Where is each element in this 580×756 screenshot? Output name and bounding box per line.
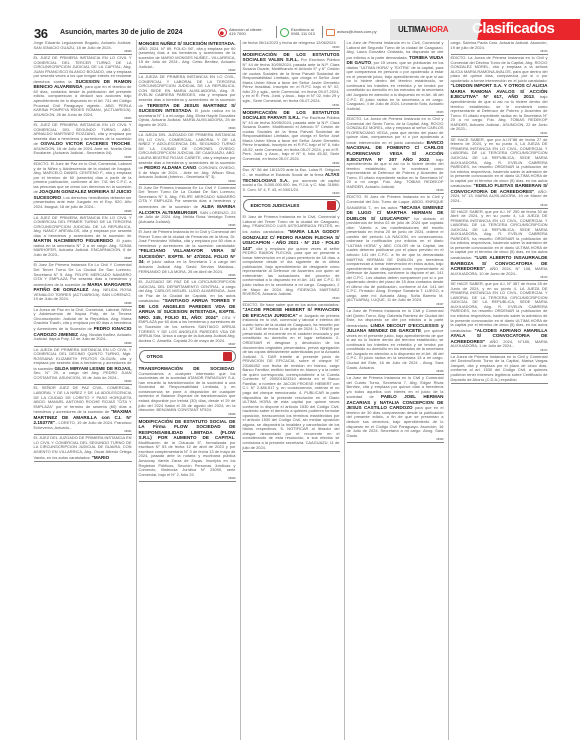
ad-code: #8400 (243, 46, 340, 49)
classified-ad: EDICTO. El Juez de Primera Instancia en … (347, 194, 444, 308)
ad-code: #8410 (451, 50, 548, 53)
contact-email-address: avisos@uhora.com.py (337, 30, 377, 35)
ad-text: SE HACE SABER, que por A.I. N° 387 de fe… (451, 281, 548, 332)
ad-text-tail: , cita y emplaza por quince veces al señ… (243, 246, 340, 296)
ad-code: #8403 (243, 192, 340, 195)
contact-phone[interactable]: Atención al cliente: 415 7000 (218, 26, 263, 38)
classified-ad: Jorge Eduardo Leguizamón Bogado, Actuari… (34, 40, 132, 55)
ad-text-tail: AÑO: 2024. N° 89. FOLIO: 06", cita y emp… (139, 46, 236, 69)
ad-highlight: "MARIO (92, 455, 110, 460)
phone-icon (218, 28, 227, 37)
section-tag-label: EDICTOS JUDICIALES (251, 203, 300, 208)
ad-text: cargo. Sabrina Paola Caro. Actuaria Judi… (451, 40, 548, 50)
classified-ad: SE HACE SABER, que por A.I. N° 387 de fe… (451, 281, 548, 354)
ad-code: #8406 (347, 189, 444, 192)
column-2: MONGES NUÑEZ S/ SUCESIÓN INTESTADA. AÑO:… (136, 40, 237, 740)
column-4: La Juez de Primera Instancia en lo Civil… (344, 40, 445, 740)
ad-text: EL JUEZ DEL JUZGADO DE PRIMERA INSTANCIA… (34, 435, 132, 459)
ad-text: La Jueza de Primera Instancia en lo Civi… (451, 354, 548, 382)
classified-ad: El Juez De Primera Instancia En Lo Civil… (34, 262, 132, 306)
ad-code: #8395 (139, 224, 236, 227)
classified-ad: LA JUEZ DE PRIMERA INSTANCIA EN LO CIVIL… (34, 215, 132, 263)
classified-ad: LA JUEZA DE PRIMERA INSTANCIA EN LO CIVI… (139, 74, 236, 132)
ad-code: #8405 (347, 111, 444, 114)
section-badge-icon (223, 352, 232, 361)
classified-ad: El Juez de Primera Instancia en lo Civil… (139, 229, 236, 279)
ad-text-tail: . Modificación de la Cláusula 5°, formal… (139, 435, 236, 476)
ad-text-tail: , bajo apercibimiento de que si así no l… (451, 94, 548, 131)
ad-text: EDICTO. La Jueza de Primera Instancia en… (451, 55, 548, 83)
contact-email[interactable]: avisos@uhora.com.py (322, 26, 377, 38)
classified-ad: El Juez De Primera Instancia En Lo Civil… (139, 185, 236, 229)
ad-code: #8383 (34, 50, 132, 53)
ad-text-tail: Por Escritura Pública N° 44 de fecha 30/… (243, 57, 340, 103)
ad-code: #8398 (139, 413, 236, 416)
ad-code: #8401 (243, 104, 340, 107)
classified-ad: La Juez de Primera Instancia en lo Civil… (347, 375, 444, 443)
ad-code: #8387 (34, 257, 132, 260)
section-title: Clasificados (472, 20, 554, 37)
ad-text: SE HACE SABER, que por A.I.N°88 de fecha… (451, 137, 548, 188)
ad-code: #8389 (34, 342, 132, 345)
ad-code: #8399 (139, 477, 236, 480)
ad-text: Jorge Eduardo Leguizamón Bogado, Actuari… (34, 40, 132, 50)
column-5: cargo. Sabrina Paola Caro. Actuaria Judi… (448, 40, 549, 740)
classified-ad: La Juez de Primera Instancia en lo Civil… (347, 40, 444, 116)
classified-ad: EDICTO. El Juez de Paz en lo Civil, Come… (34, 161, 132, 214)
classifieds-columns: Jorge Eduardo Leguizamón Bogado, Actuari… (32, 40, 551, 740)
ad-text: EDICTO. Se hace saber que en los autos c… (243, 302, 340, 307)
contact-whatsapp-number: 0981 111 013 (291, 32, 315, 37)
classified-ad: de fecha 06/11/2023 y fecha de reingreso… (243, 40, 340, 51)
classified-ad: EL JUEZ DE PRIMERA INSTANCIA EN LO CIVIL… (34, 55, 132, 122)
page-header: 36 Asunción, martes 30 de julio de 2024 … (0, 0, 580, 40)
classified-ad: MONGES NUÑEZ S/ SUCESIÓN INTESTADA. AÑO:… (139, 40, 236, 74)
contact-phone-number: 415 7000 (229, 32, 263, 37)
classified-ad: EL JUEZ DE PRIMERA INSTANCIA EN LO CIVIL… (34, 122, 132, 161)
ad-text-tail: . Comunicamos a cualquier interesado que… (139, 366, 236, 412)
classified-ad: La Jueza de Paz en la Civil, Comercial, … (34, 307, 132, 347)
classified-ad: cargo. Sabrina Paola Caro. Actuaria Judi… (451, 40, 548, 55)
ad-code: #8384 (34, 117, 132, 120)
ad-code: #8402 (243, 162, 340, 165)
page-number: 36 (34, 26, 47, 41)
classified-ad: EDICTO. La Jueza de Primera Instancia en… (347, 116, 444, 194)
ad-text-tail: . Por Escritura Pública N° 43 de fecha 3… (243, 115, 340, 161)
classified-ad: SE HACE SABER, que por A.I.N°88 de fecha… (451, 137, 548, 209)
classified-ad: MODIFICACIÓN DE LOS ESTATUTOS SOCIALES V… (243, 51, 340, 109)
section-tag: OTROS (139, 350, 236, 363)
classified-ad: Esc. N° 56 del 18/12/23 ante la Esc. Lui… (243, 167, 340, 198)
ad-text: El Juez de Primera Instancia en lo Civil… (139, 229, 236, 248)
section-tag: EDICTOS JUDICIALES (243, 199, 340, 212)
classified-ad: EL JUEZ DEL JUZGADO DE PRIMERA INSTANCIA… (34, 435, 132, 462)
classified-ad: EL SEÑOR JUEZ DE PAZ CIVIL, COMERCIAL, L… (34, 385, 132, 435)
section-tag-label: OTROS (147, 354, 163, 359)
classified-ad: LA JUEZA DEL JUZGADO DE PRIMERA INSTANCI… (139, 132, 236, 184)
classified-ad: LA JUEZA DE PRIMERA INSTANCIA EN LO CIVI… (34, 347, 132, 386)
ad-code: #8408 (347, 370, 444, 373)
ad-code: #8397 (139, 343, 236, 346)
ad-code: #8391 (34, 430, 132, 433)
column-3: de fecha 06/11/2023 y fecha de reingreso… (240, 40, 341, 740)
ad-code: #8390 (34, 380, 132, 383)
ad-text: de fecha 06/11/2023 y fecha de reingreso… (243, 40, 336, 45)
ad-code: #8386 (34, 210, 132, 213)
classified-ad: La Jueza de Primera Instancia en lo Civi… (451, 354, 548, 384)
ad-text-tail: , bajo apercibimiento de que si así no l… (347, 157, 444, 189)
classified-ad: MODIFICACIÓN DE LOS ESTATUTOS SOCIALES P… (243, 109, 340, 167)
ad-code: #8396 (139, 274, 236, 277)
ad-code: #8393 (139, 127, 236, 130)
ad-text-tail: , para que en el término de 60 días, con… (34, 84, 132, 116)
whatsapp-icon (280, 28, 289, 37)
ad-text: SE HACE SABER, que por A.I. N° 250 de fe… (451, 209, 548, 260)
ad-code: #8407 (347, 303, 444, 306)
ad-code: #8411 (451, 132, 548, 135)
ad-highlight: MODIFICACIÓN DE ESTATUTO SOCIAL DE LA Fi… (139, 419, 236, 441)
ad-code: #8409 (347, 438, 444, 441)
ad-text-tail: , por 15 veces, que se publicarán en los… (347, 60, 444, 110)
ad-text-tail: Sec. N° 29, a cargo del Abg. PEDRO JUAN … (34, 370, 132, 380)
ad-code: #8414 (451, 349, 548, 352)
classified-ad: EDICTO. La Jueza de Primera Instancia en… (451, 55, 548, 137)
ad-code: #8404 (243, 297, 340, 300)
classified-ad: El Juez de Primera Instancia en lo Civil… (243, 214, 340, 301)
ad-text-tail: , por quince veces en el presente juicio… (347, 328, 444, 369)
column-1: Jorge Eduardo Leguizamón Bogado, Actuari… (32, 40, 133, 740)
ad-code: #8385 (34, 156, 132, 159)
envelope-icon (326, 29, 335, 36)
ad-code: #8412 (451, 204, 548, 207)
ad-text: LA JUEZ DE PRIMERA INSTANCIA EN LO CIVIL… (34, 215, 132, 238)
ad-code: #8388 (34, 302, 132, 305)
classified-ad: MODIFICACIÓN DE ESTATUTO SOCIAL DE LA Fi… (139, 418, 236, 483)
ad-code: #8392 (139, 69, 236, 72)
classified-ad: EL JUZGADO DE PAZ DE LA CIRCUNSCRIPCION … (139, 279, 236, 348)
brand-logo: ULTIMAHORA (398, 25, 448, 34)
ad-code: #8394 (139, 180, 236, 183)
ad-text-tail: el Juzgado de primera instancia en lo ci… (243, 313, 340, 450)
classified-ad: EDICTO. Se hace saber que en los autos c… (243, 302, 340, 453)
ad-text-tail: ha dictado el providencia de fecha 02 de… (347, 216, 444, 303)
page-date: Asunción, martes 30 de julio de 2024 (60, 29, 183, 36)
classified-ad: La Juez de Primera Instancia en lo Civil… (347, 308, 444, 375)
ad-code: #8413 (451, 276, 548, 279)
classified-ad: TRANSFORMACIÓN DE SOCIEDAD. Comunicamos … (139, 365, 236, 417)
contact-whatsapp[interactable]: Escribinos al 0981 111 013 (276, 26, 315, 38)
classified-ad: SE HACE SABER, que por A.I. N° 250 de fe… (451, 209, 548, 282)
ad-text-tail: ; el juicio radica en la Secretaría 1 a … (139, 259, 236, 273)
ad-text-tail: , CITA Y EMPLAZA por 60 días a los hered… (139, 315, 236, 343)
ad-text-tail: para que en el término de 30 días compar… (347, 405, 444, 437)
section-badge-icon (327, 201, 336, 210)
